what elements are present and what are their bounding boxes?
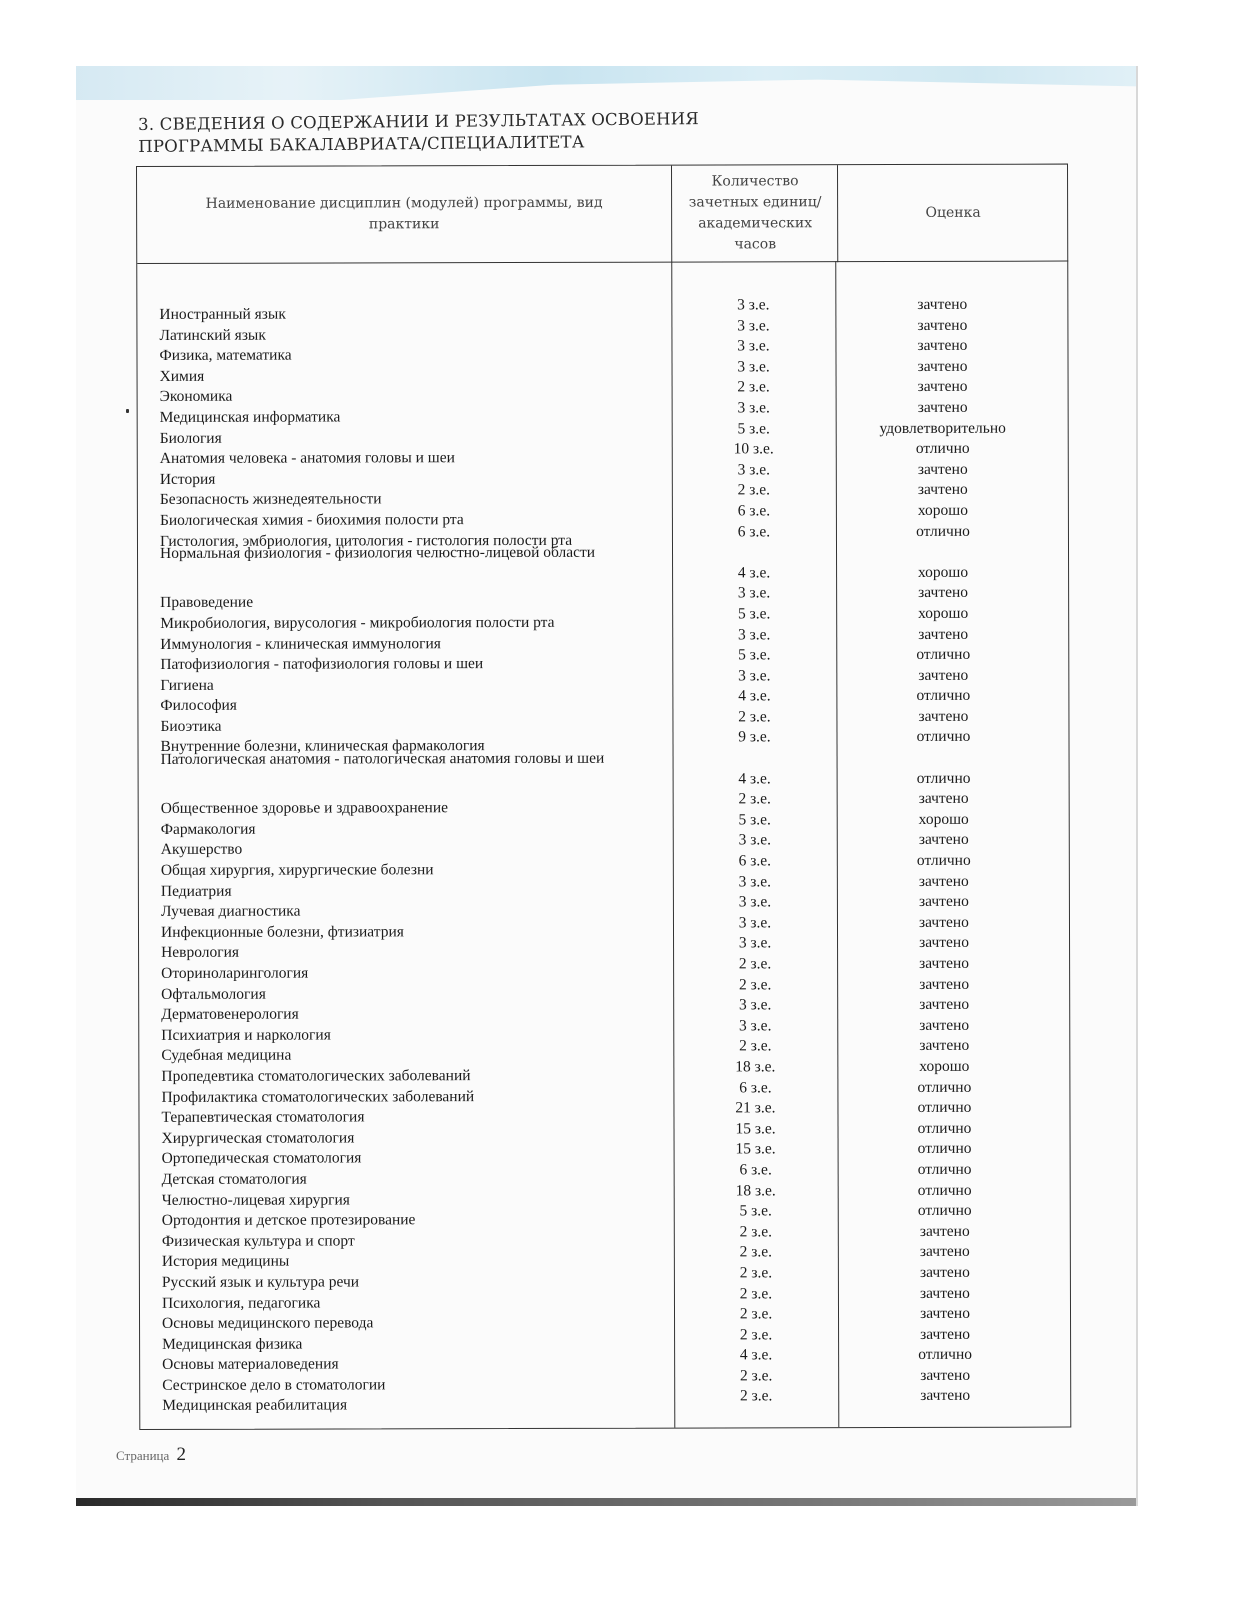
grade-value: хорошо (839, 809, 1049, 830)
table-row: Челюстно-лицевая хирургия18 з.е.отлично (140, 1180, 1070, 1203)
table-row: Гистология, эмбриология, цитология - гис… (138, 521, 1068, 544)
table-row: Нормальная физиология - физиология челюс… (138, 542, 1068, 586)
grade-value: отлично (839, 851, 1049, 872)
grade-value: зачтено (838, 480, 1048, 501)
table-row: Основы материаловедения4 з.е.отлично (140, 1345, 1070, 1368)
table-row: Пропедевтика стоматологических заболеван… (139, 1057, 1069, 1080)
table-row: Неврология3 з.е.зачтено (139, 933, 1069, 956)
credits-value: 3 з.е. (671, 316, 835, 337)
credits-value: 2 з.е. (674, 1263, 838, 1284)
table-row: Ортопедическая стоматология15 з.е.отличн… (140, 1139, 1070, 1162)
table-row: Философия4 з.е.отлично (138, 686, 1068, 709)
page-number: 2 (177, 1444, 187, 1465)
credits-value: 3 з.е. (673, 831, 837, 852)
table-row: Оториноларингология2 з.е.зачтено (139, 954, 1069, 977)
credits-value: 2 з.е. (674, 1222, 838, 1243)
grade-value: отлично (840, 1201, 1050, 1222)
table-row: Безопасность жизнедеятельности2 з.е.зачт… (138, 480, 1068, 503)
credits-value: 2 з.е. (674, 1366, 838, 1387)
credits-value: 6 з.е. (674, 1160, 838, 1181)
table-row: Ортодонтия и детское протезирование5 з.е… (140, 1201, 1070, 1224)
credits-value: 6 з.е. (673, 851, 837, 872)
grade-value: зачтено (838, 624, 1048, 645)
grade-value: зачтено (838, 398, 1048, 419)
page-label: Страница (116, 1448, 169, 1463)
scan-speck (126, 409, 129, 413)
grade-value: зачтено (839, 1036, 1049, 1057)
table-row: История3 з.е.зачтено (138, 459, 1068, 482)
grade-value: зачтено (840, 1386, 1050, 1407)
grade-value: хорошо (838, 501, 1048, 522)
grade-value: отлично (838, 727, 1048, 748)
table-row: Патофизиология - патофизиология головы и… (138, 645, 1068, 668)
table-row: Общественное здоровье и здравоохранение2… (139, 789, 1069, 812)
credits-value: 4 з.е. (673, 769, 837, 790)
grade-value: отлично (838, 686, 1048, 707)
credits-value: 3 з.е. (671, 295, 835, 316)
grade-value: зачтено (840, 1263, 1050, 1284)
credits-value: 4 з.е. (672, 686, 836, 707)
credits-value: 3 з.е. (673, 995, 837, 1016)
grade-value: зачтено (838, 459, 1048, 480)
credits-value: 15 з.е. (673, 1119, 837, 1140)
credits-value: 15 з.е. (674, 1140, 838, 1161)
credits-value: 2 з.е. (672, 481, 836, 502)
page-footer: Страница 2 (116, 1444, 186, 1466)
credits-value: 5 з.е. (674, 1201, 838, 1222)
grade-value: зачтено (839, 974, 1049, 995)
grade-value: отлично (838, 645, 1048, 666)
header-grade: Оценка (837, 165, 1068, 263)
credits-value: 3 з.е. (671, 336, 835, 357)
table-row: Химия3 з.е.зачтено (138, 356, 1068, 379)
credits-value: 3 з.е. (673, 934, 837, 955)
table-row: Лучевая диагностика3 з.е.зачтено (139, 892, 1069, 915)
credits-value: 3 з.е. (673, 913, 837, 934)
grade-value: зачтено (839, 995, 1049, 1016)
credits-value: 21 з.е. (673, 1098, 837, 1119)
credits-value: 2 з.е. (674, 1325, 838, 1346)
table-row: Биология5 з.е.удовлетворительно (138, 418, 1068, 441)
table-row: Анатомия человека - анатомия головы и ше… (138, 439, 1068, 462)
grade-value: отлично (839, 768, 1049, 789)
table-row: Судебная медицина2 з.е.зачтено (139, 1036, 1069, 1059)
table-row: Офтальмология2 з.е.зачтено (139, 974, 1069, 997)
grade-value: зачтено (839, 871, 1049, 892)
grade-value: зачтено (839, 1015, 1049, 1036)
credits-value: 2 з.е. (674, 1304, 838, 1325)
table-row: Медицинская информатика3 з.е.зачтено (138, 398, 1068, 421)
grade-value: отлично (839, 1098, 1049, 1119)
section-title: 3. Сведения о содержании и результатах о… (138, 108, 758, 158)
credits-value: 2 з.е. (673, 975, 837, 996)
grade-value: отлично (840, 1160, 1050, 1181)
table-row: Русский язык и культура речи2 з.е.зачтен… (140, 1262, 1070, 1285)
grade-value: отлично (840, 1139, 1050, 1160)
table-row: Физика, математика3 з.е.зачтено (137, 336, 1067, 359)
table-row: Патологическая анатомия - патологическая… (139, 748, 1069, 792)
credits-value: 6 з.е. (673, 1078, 837, 1099)
grade-value: хорошо (839, 1057, 1049, 1078)
grade-value: удовлетворительно (838, 418, 1048, 439)
grade-value: зачтено (840, 1365, 1050, 1386)
credits-value: 3 з.е. (673, 892, 837, 913)
table-row: Медицинская физика2 з.е.зачтено (140, 1324, 1070, 1347)
header-discipline: Наименование дисциплин (модулей) програм… (137, 166, 671, 264)
table-row: История медицины2 з.е.зачтено (140, 1242, 1070, 1265)
grade-value: зачтено (840, 1242, 1050, 1263)
grade-value: зачтено (839, 830, 1049, 851)
grade-value: зачтено (837, 295, 1047, 316)
table-row: Психология, педагогика2 з.е.зачтено (140, 1283, 1070, 1306)
discipline-name: Нормальная физиология - физиология челюс… (160, 543, 650, 565)
grade-value: зачтено (838, 377, 1048, 398)
document-page: 3. Сведения о содержании и результатах о… (76, 66, 1138, 1506)
credits-value: 5 з.е. (672, 645, 836, 666)
table-row: Физическая культура и спорт2 з.е.зачтено (140, 1221, 1070, 1244)
grade-value: зачтено (838, 583, 1048, 604)
table-row: Психиатрия и наркология3 з.е.зачтено (139, 1015, 1069, 1038)
credits-value: 6 з.е. (672, 522, 836, 543)
grade-value: отлично (838, 439, 1048, 460)
table-row: Иностранный язык3 з.е.зачтено (137, 295, 1067, 318)
credits-value: 2 з.е. (673, 789, 837, 810)
table-row: Педиатрия3 з.е.зачтено (139, 871, 1069, 894)
table-row: Биологическая химия - биохимия полости р… (138, 500, 1068, 523)
discipline-name: Патологическая анатомия - патологическая… (161, 749, 651, 771)
grade-value: зачтено (839, 933, 1049, 954)
table-row: Инфекционные болезни, фтизиатрия3 з.е.за… (139, 912, 1069, 935)
credits-value: 18 з.е. (674, 1181, 838, 1202)
grade-value: зачтено (839, 954, 1049, 975)
credits-value: 2 з.е. (673, 1037, 837, 1058)
credits-value: 10 з.е. (672, 439, 836, 460)
credits-value: 9 з.е. (672, 728, 836, 749)
credits-value: 3 з.е. (672, 398, 836, 419)
table-row: Дерматовенерология3 з.е.зачтено (139, 995, 1069, 1018)
grade-value: отлично (840, 1180, 1050, 1201)
decorative-banner (76, 66, 1136, 100)
table-row: Медицинская реабилитация2 з.е.зачтено (140, 1386, 1070, 1409)
grade-value: зачтено (840, 1283, 1050, 1304)
table-row: Акушерство3 з.е.зачтено (139, 830, 1069, 853)
table-row: Детская стоматология6 з.е.отлично (140, 1159, 1070, 1182)
grade-value: отлично (839, 1077, 1049, 1098)
grade-value: отлично (838, 521, 1048, 542)
credits-value: 2 з.е. (673, 954, 837, 975)
table-row: Экономика2 з.е.зачтено (138, 377, 1068, 400)
credits-value: 5 з.е. (672, 604, 836, 625)
credits-value: 18 з.е. (673, 1057, 837, 1078)
credits-value: 3 з.е. (672, 357, 836, 378)
grade-value: зачтено (839, 892, 1049, 913)
credits-value: 5 з.е. (672, 419, 836, 440)
credits-value: 2 з.е. (672, 378, 836, 399)
table-row: Внутренние болезни, клиническая фармакол… (138, 727, 1068, 750)
credits-value: 2 з.е. (672, 707, 836, 728)
table-row: Хирургическая стоматология15 з.е.отлично (139, 1118, 1069, 1141)
credits-value: 3 з.е. (673, 1016, 837, 1037)
credits-value: 3 з.е. (673, 872, 837, 893)
table-row: Латинский язык3 з.е.зачтено (137, 315, 1067, 338)
table-row: Сестринское дело в стоматологии2 з.е.зач… (140, 1365, 1070, 1388)
scan-edge (76, 1498, 1136, 1506)
header-credits: Количество зачетных единиц/ академически… (671, 165, 838, 262)
grade-value: зачтено (840, 1324, 1050, 1345)
table-row: Общая хирургия, хирургические болезни6 з… (139, 851, 1069, 874)
credits-value: 4 з.е. (674, 1345, 838, 1366)
grades-table: Наименование дисциплин (модулей) програм… (136, 164, 1071, 1430)
credits-value: 3 з.е. (672, 625, 836, 646)
credits-value: 3 з.е. (672, 460, 836, 481)
grade-value: зачтено (840, 1304, 1050, 1325)
credits-value: 3 з.е. (672, 666, 836, 687)
credits-value: 6 з.е. (672, 501, 836, 522)
table-row: Иммунология - клиническая иммунология3 з… (138, 624, 1068, 647)
credits-value: 2 з.е. (674, 1284, 838, 1305)
table-row: Терапевтическая стоматология21 з.е.отлич… (139, 1098, 1069, 1121)
grade-value: зачтено (838, 665, 1048, 686)
credits-value: 2 з.е. (674, 1387, 838, 1408)
grade-value: отлично (839, 1118, 1049, 1139)
table-row: Микробиология, вирусология - микробиолог… (138, 603, 1068, 626)
grade-value: хорошо (838, 604, 1048, 625)
table-row: Гигиена3 з.е.зачтено (138, 665, 1068, 688)
discipline-name: Медицинская реабилитация (162, 1395, 652, 1417)
grade-value: отлично (840, 1345, 1050, 1366)
credits-value: 4 з.е. (672, 563, 836, 584)
grade-value: хорошо (838, 562, 1048, 583)
credits-value: 3 з.е. (672, 583, 836, 604)
table-row: Биоэтика2 з.е.зачтено (138, 706, 1068, 729)
table-row: Фармакология5 з.е.хорошо (139, 809, 1069, 832)
credits-value: 2 з.е. (674, 1242, 838, 1263)
table-row: Основы медицинского перевода2 з.е.зачтен… (140, 1304, 1070, 1327)
grade-value: зачтено (837, 336, 1047, 357)
table-body: Иностранный язык3 з.е.зачтеноЛатинский я… (137, 295, 1070, 1409)
grade-value: зачтено (838, 356, 1048, 377)
credits-value: 5 з.е. (673, 810, 837, 831)
grade-value: зачтено (839, 789, 1049, 810)
grade-value: зачтено (840, 1221, 1050, 1242)
grade-value: зачтено (838, 706, 1048, 727)
grade-value: зачтено (839, 912, 1049, 933)
table-row: Профилактика стоматологических заболеван… (139, 1077, 1069, 1100)
table-row: Правоведение3 з.е.зачтено (138, 583, 1068, 606)
grade-value: зачтено (837, 315, 1047, 336)
